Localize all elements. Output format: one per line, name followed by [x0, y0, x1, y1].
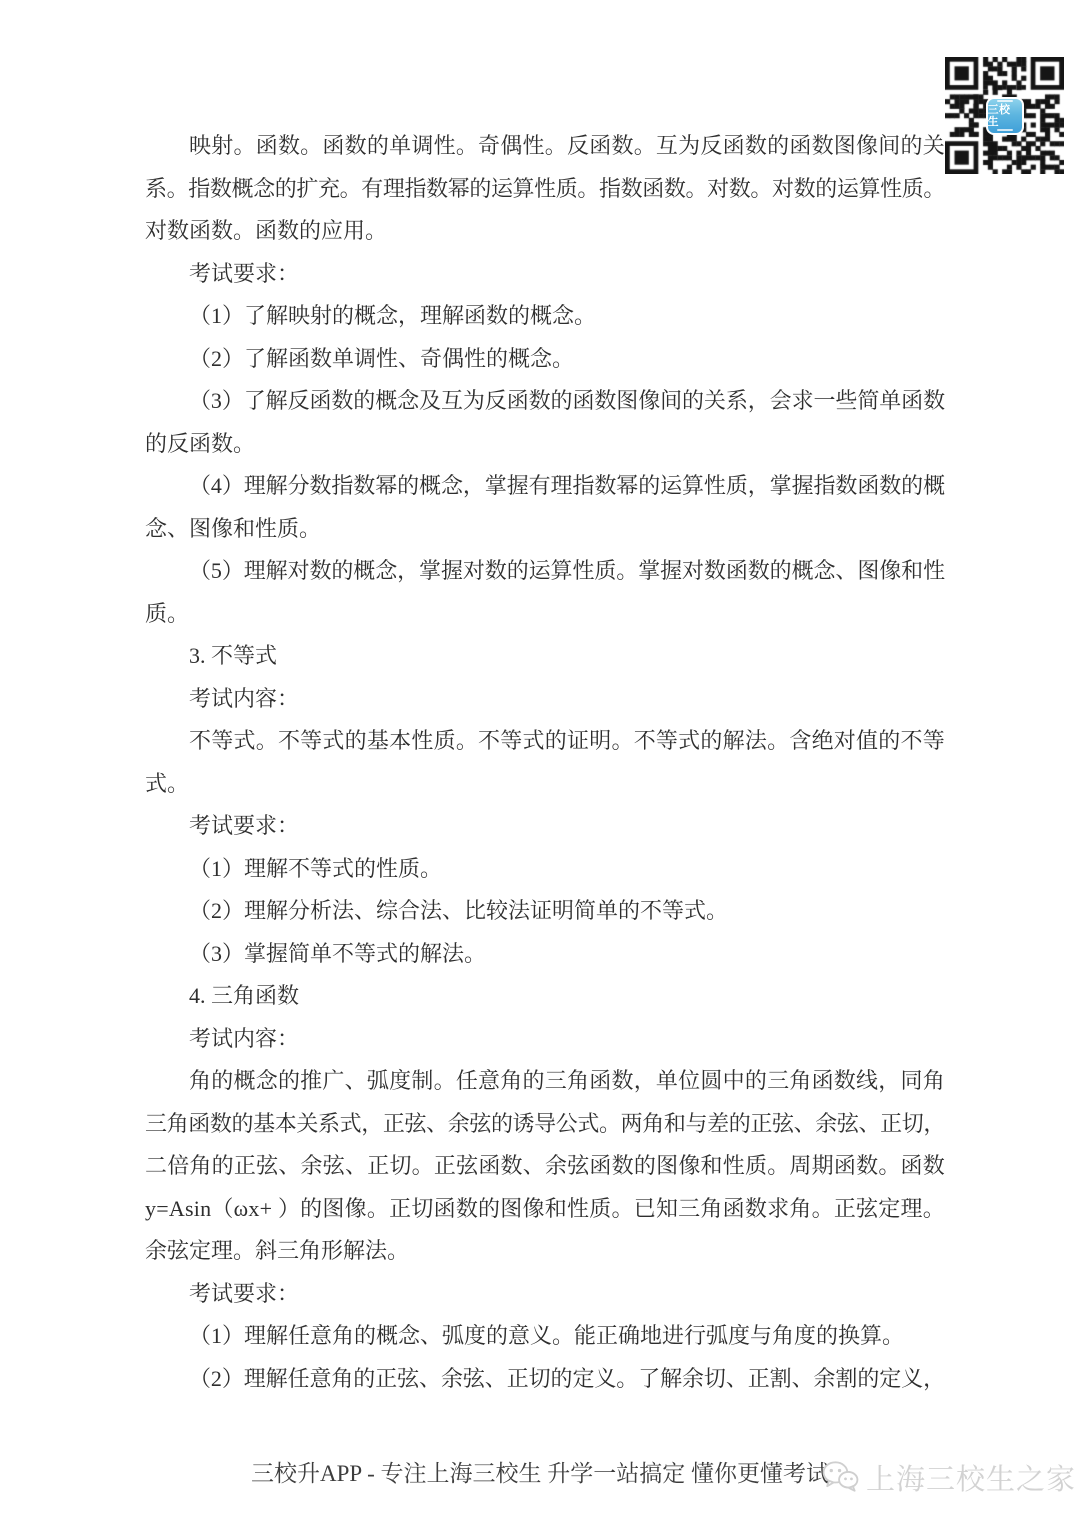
qr-logo-label: 三校生 [988, 104, 1022, 128]
text-line: 二倍角的正弦、余弦、正切。正弦函数、余弦函数的图像和性质。周期函数。函数 [145, 1145, 945, 1188]
text-line: 三角函数的基本关系式，正弦、余弦的诱导公式。两角和与差的正弦、余弦、正切， [145, 1103, 945, 1146]
text-line: （3）了解反函数的概念及互为反函数的函数图像间的关系，会求一些简单函数 [145, 380, 945, 423]
text-line: （4）理解分数指数幂的概念，掌握有理指数幂的运算性质，掌握指数函数的概 [145, 465, 945, 508]
qr-center-logo: 三校生 [986, 97, 1024, 135]
text-line: 念、图像和性质。 [145, 508, 945, 551]
text-line: （2）理解分析法、综合法、比较法证明简单的不等式。 [145, 890, 945, 933]
text-line: 式。 [145, 763, 945, 806]
qr-logo-decoration-bottom [997, 129, 1013, 131]
watermark-text: 上海三校生之家 [866, 1457, 1076, 1498]
text-line: 3. 不等式 [145, 635, 945, 678]
wechat-icon [818, 1455, 862, 1499]
text-line: 考试内容： [145, 1018, 945, 1061]
text-line: 考试要求： [145, 805, 945, 848]
text-line: （2）了解函数单调性、奇偶性的概念。 [145, 338, 945, 381]
text-line: 4. 三角函数 [145, 975, 945, 1018]
qr-code: 三校生 [945, 57, 1064, 174]
text-line: 映射。函数。函数的单调性。奇偶性。反函数。互为反函数的函数图像间的关 [145, 125, 945, 168]
text-line: 不等式。不等式的基本性质。不等式的证明。不等式的解法。含绝对值的不等 [145, 720, 945, 763]
text-line: （2）理解任意角的正弦、余弦、正切的定义。了解余切、正割、余割的定义， [145, 1358, 945, 1401]
text-line: 考试要求： [145, 253, 945, 296]
text-line: （1）了解映射的概念，理解函数的概念。 [145, 295, 945, 338]
text-line: 系。指数概念的扩充。有理指数幂的运算性质。指数函数。对数。对数的运算性质。 [145, 168, 945, 211]
text-line: y=Asin（ωx+ ）的图像。正切函数的图像和性质。已知三角函数求角。正弦定理… [145, 1188, 945, 1231]
document-body: 映射。函数。函数的单调性。奇偶性。反函数。互为反函数的函数图像间的关系。指数概念… [145, 125, 945, 1400]
text-line: 质。 [145, 593, 945, 636]
text-line: 对数函数。函数的应用。 [145, 210, 945, 253]
text-line: （3）掌握简单不等式的解法。 [145, 933, 945, 976]
text-line: 余弦定理。斜三角形解法。 [145, 1230, 945, 1273]
text-line: （1）理解不等式的性质。 [145, 848, 945, 891]
text-line: 考试要求： [145, 1273, 945, 1316]
document-page: 映射。函数。函数的单调性。奇偶性。反函数。互为反函数的函数图像间的关系。指数概念… [0, 0, 1080, 1527]
text-line: （1）理解任意角的概念、弧度的意义。能正确地进行弧度与角度的换算。 [145, 1315, 945, 1358]
qr-logo-decoration-top [997, 100, 1013, 102]
text-line: 的反函数。 [145, 423, 945, 466]
text-line: （5）理解对数的概念，掌握对数的运算性质。掌握对数函数的概念、图像和性 [145, 550, 945, 593]
text-line: 角的概念的推广、弧度制。任意角的三角函数，单位圆中的三角函数线，同角 [145, 1060, 945, 1103]
watermark: 上海三校生之家 [818, 1448, 1076, 1506]
text-line: 考试内容： [145, 678, 945, 721]
